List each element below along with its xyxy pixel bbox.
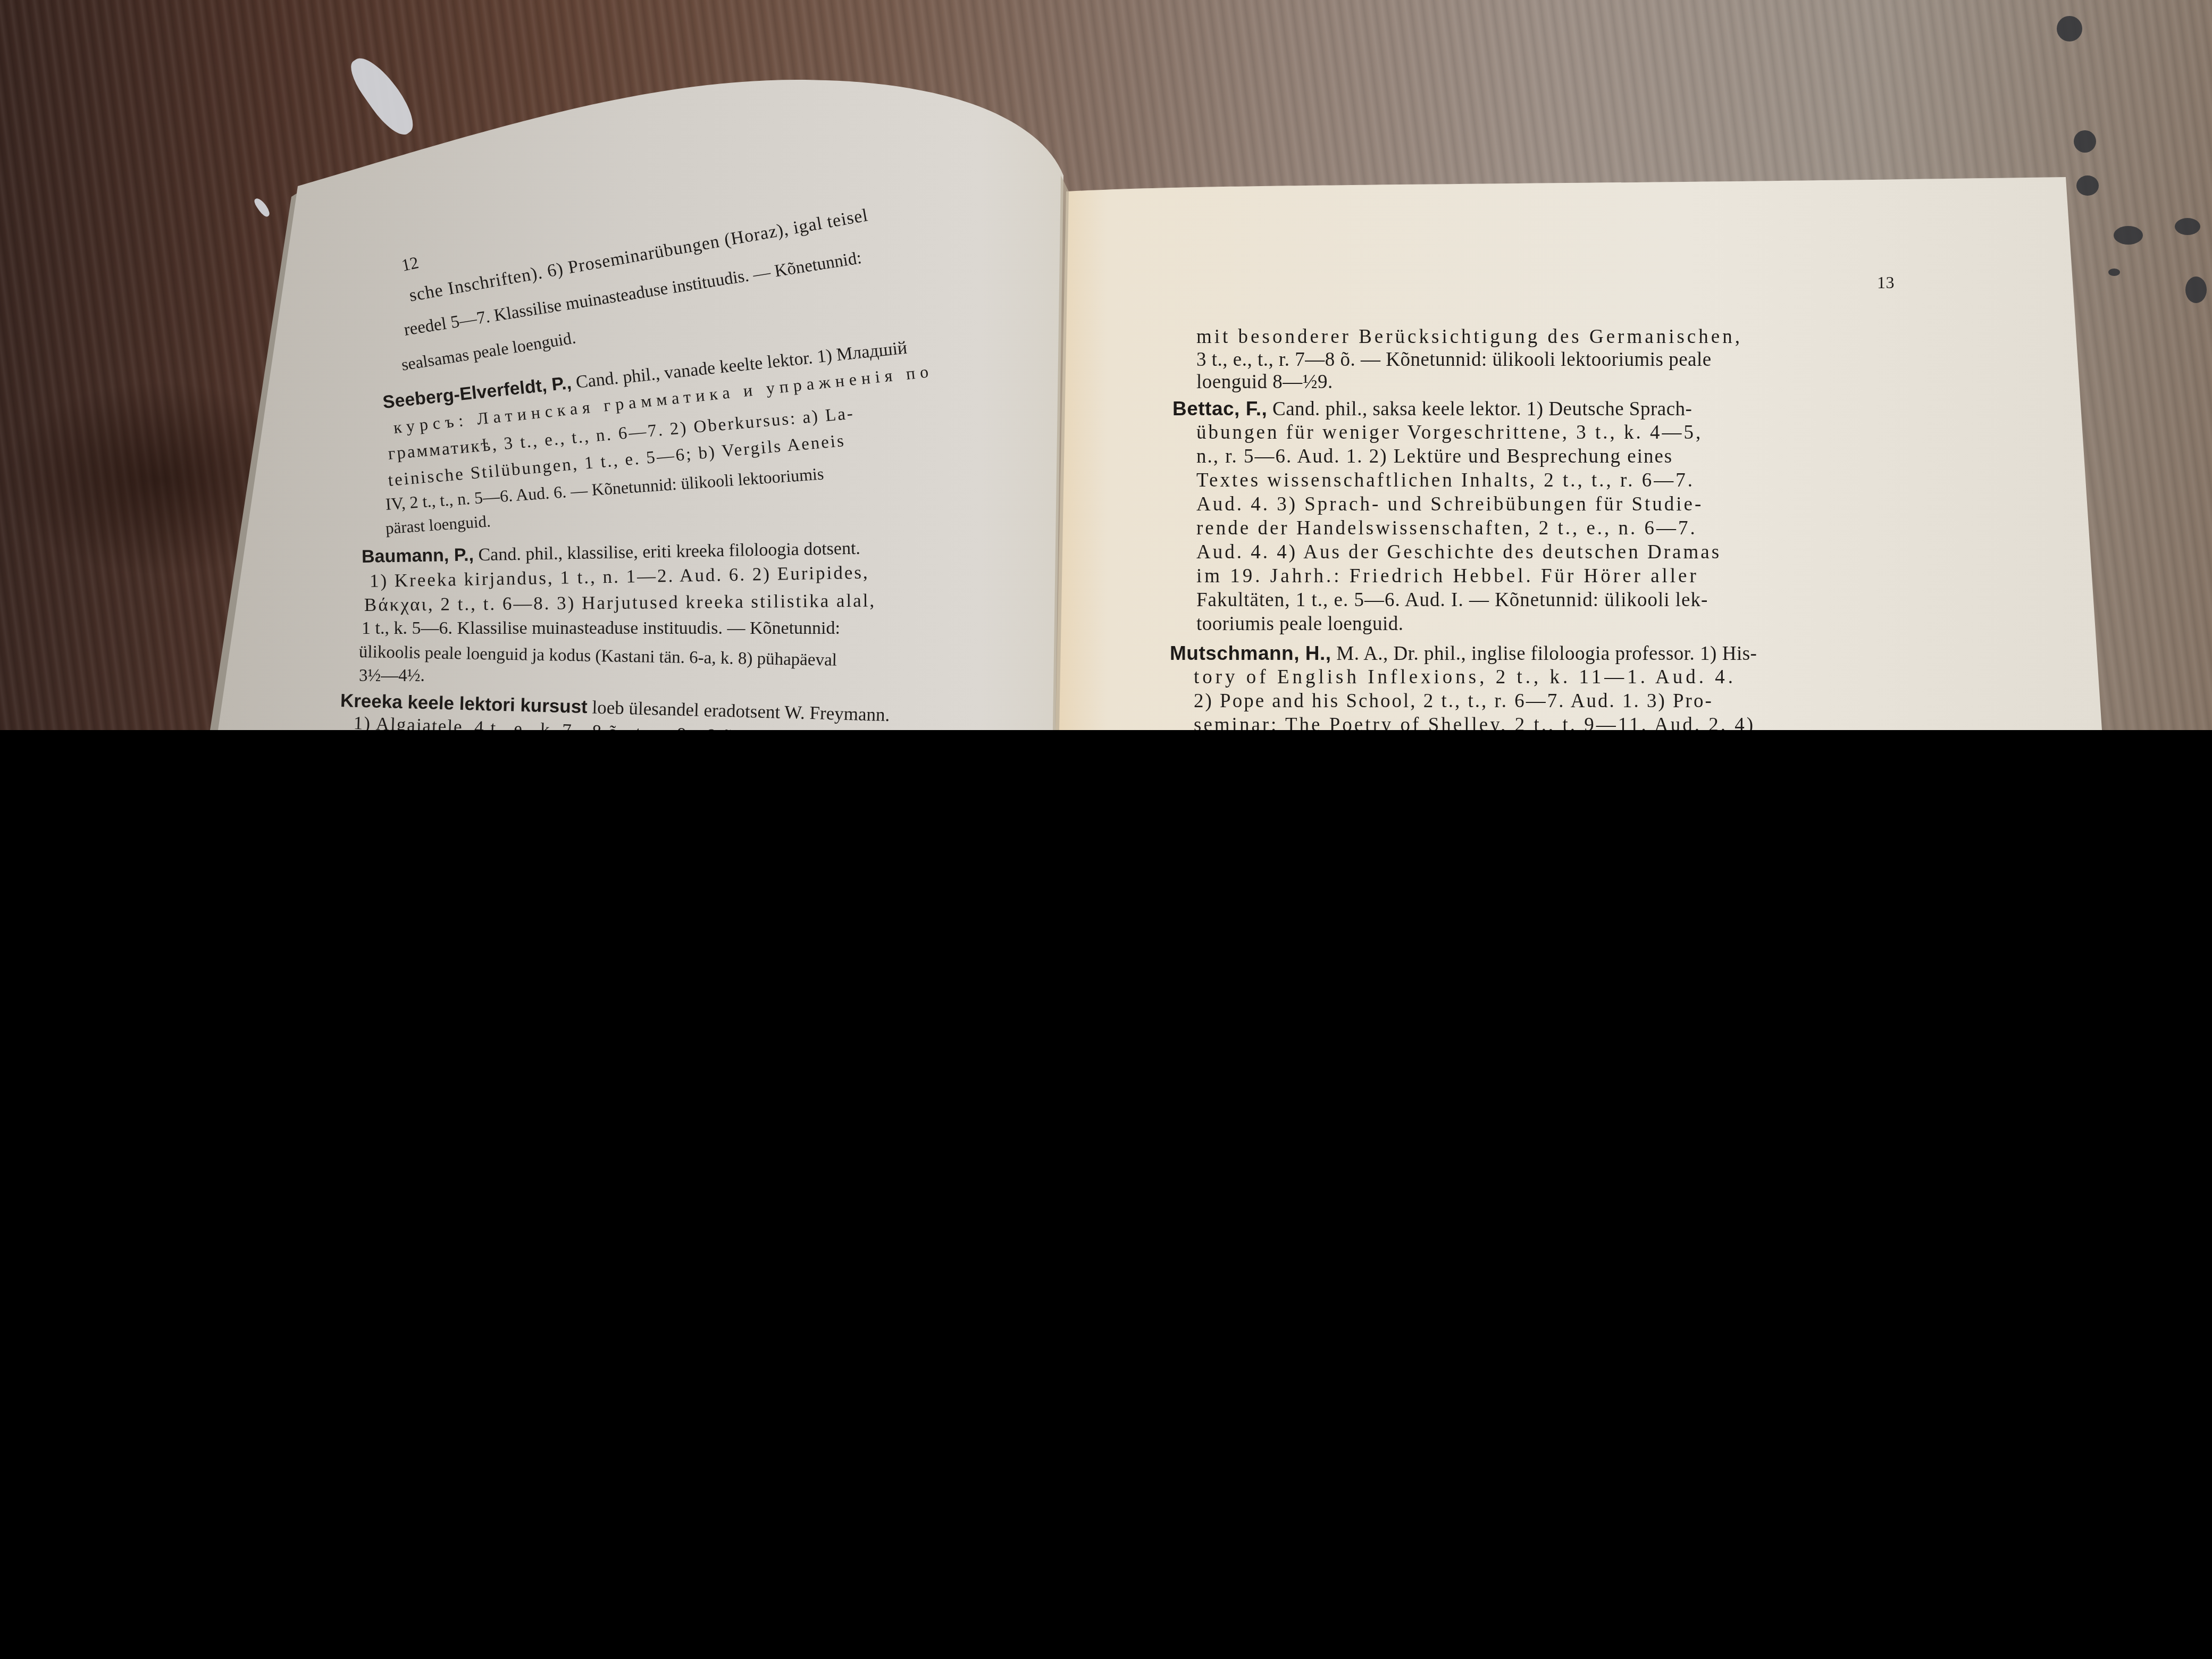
text-line: tory of English Inflexions, 2 t., k. 11—… xyxy=(1194,667,1736,687)
page-number-right: 13 xyxy=(1877,274,1895,291)
text-line: übungen für weniger Vorgeschrittene, 3 t… xyxy=(1196,423,1703,442)
text-line: pärast loenguid. xyxy=(385,513,491,537)
black-region xyxy=(0,730,2212,1659)
text-line: Bettac, F., Cand. phil., saksa keele lek… xyxy=(1172,399,1692,419)
text-line: Βάκχαι, 2 t., t. 6—8. 3) Harjutused kree… xyxy=(364,591,876,614)
text-line: seminar: The Poetry of Shelley, 2 t., t.… xyxy=(1194,715,1755,730)
text-line: Fakultäten, 1 t., e. 5—6. Aud. I. — Kõne… xyxy=(1196,590,1708,610)
text-line: n., r. 5—6. Aud. 1. 2) Lektüre und Bespr… xyxy=(1196,447,1673,466)
left-page-text: 12 sche Inschriften). 6) Proseminarübung… xyxy=(340,250,1048,728)
book-photo: 12 sche Inschriften). 6) Proseminarübung… xyxy=(0,0,2212,730)
author-name: Baumann, P., xyxy=(362,544,474,567)
text-line: 1 t., k. 5—6. Klassilise muinasteaduse i… xyxy=(362,619,840,638)
author-name: Bettac, F., xyxy=(1172,398,1267,420)
right-page-text: 13 mit besonderer Berücksichtigung des G… xyxy=(1167,266,1922,730)
author-name: Mutschmann, H., xyxy=(1170,642,1331,664)
text-line: ülikoolis peale loenguid ja kodus (Kasta… xyxy=(359,643,837,669)
text-line: rende der Handelswissenschaften, 2 t., e… xyxy=(1196,518,1697,538)
text-line: 2) Pope and his School, 2 t., t., r. 6—7… xyxy=(1194,691,1713,711)
text-line: mit besonderer Berücksichtigung des Germ… xyxy=(1196,327,1742,347)
text-line: tooriumis peale loenguid. xyxy=(1196,614,1404,634)
text-line: Textes wissenschaftlichen Inhalts, 2 t.,… xyxy=(1196,471,1695,490)
text-line: Baumann, P., Cand. phil., klassilise, er… xyxy=(362,539,861,566)
text-line: 1) Kreeka kirjandus, 1 t., n. 1—2. Aud. … xyxy=(370,563,869,590)
text-line: Mutschmann, H., M. A., Dr. phil., inglis… xyxy=(1170,643,1757,664)
text-line: loenguid 8—½9. xyxy=(1196,372,1333,392)
text-line: 3½—4½. xyxy=(359,667,425,685)
text-line: 3 t., e., t., r. 7—8 õ. — Kõnetunnid: ül… xyxy=(1196,350,1712,370)
text-line: im 19. Jahrh.: Friedrich Hebbel. Für Hör… xyxy=(1196,566,1699,586)
page-number-left: 12 xyxy=(400,254,420,274)
text-line: Aud. 4. 4) Aus der Geschichte des deutsc… xyxy=(1196,542,1721,562)
text-line: Aud. 4. 3) Sprach- und Schreibübungen fü… xyxy=(1196,495,1703,514)
